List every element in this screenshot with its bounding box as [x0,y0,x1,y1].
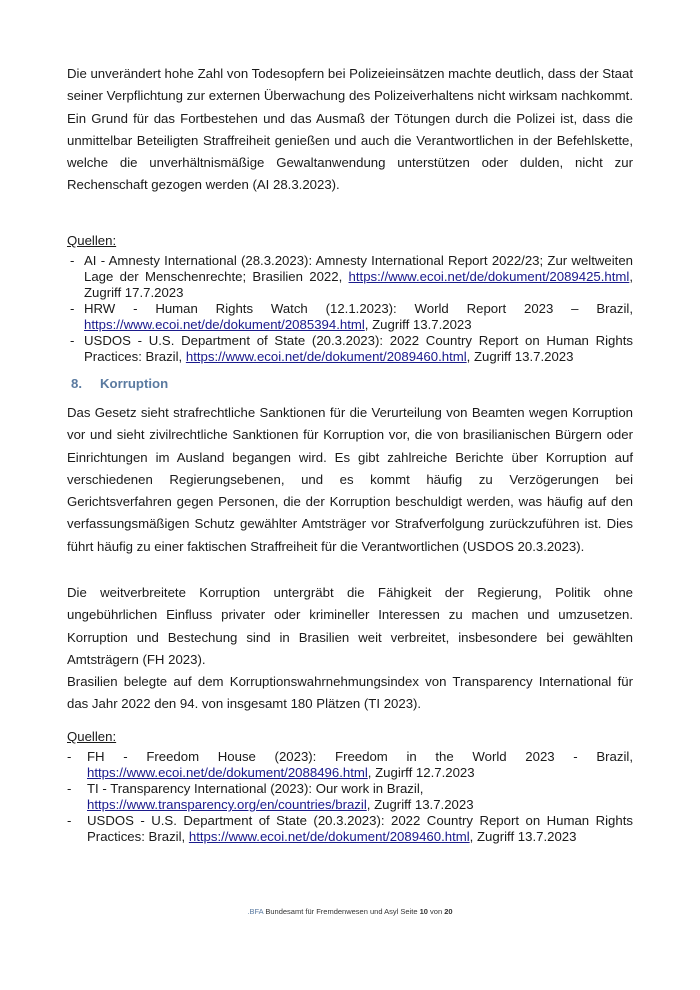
source-link[interactable]: https://www.ecoi.net/de/dokument/2085394… [84,317,365,332]
page-number: 10 [420,907,428,916]
page-footer: .BFA Bundesamt für Fremdenwesen und Asyl… [0,907,700,916]
sources-list: - AI - Amnesty International (28.3.2023)… [67,253,633,365]
list-dash: - [67,781,71,797]
source-link[interactable]: https://www.ecoi.net/de/dokument/2089425… [349,269,630,284]
sources-label: Quellen: [67,729,116,744]
section-number: 8. [67,376,100,391]
list-dash: - [70,253,74,269]
body-paragraph: Das Gesetz sieht strafrechtliche Sanktio… [67,402,633,558]
source-item: - FH - Freedom House (2023): Freedom in … [67,749,633,781]
source-item: - HRW - Human Rights Watch (12.1.2023): … [67,301,633,333]
source-item: - USDOS - U.S. Department of State (20.3… [67,813,633,845]
bfa-logo: .BFA [247,907,263,916]
source-item: - TI - Transparency International (2023)… [67,781,633,813]
list-dash: - [70,301,74,317]
body-paragraph: Die unverändert hohe Zahl von Todesopfer… [67,63,633,197]
source-link[interactable]: https://www.ecoi.net/de/dokument/2089460… [186,349,467,364]
source-item: - USDOS - U.S. Department of State (20.3… [67,333,633,365]
body-paragraph: Die weitverbreitete Korruption untergräb… [67,582,633,671]
body-paragraph: Brasilien belegte auf dem Korruptionswah… [67,671,633,716]
source-link[interactable]: https://www.transparency.org/en/countrie… [87,797,367,812]
sources-label: Quellen: [67,233,116,248]
page-total: 20 [444,907,452,916]
section-heading: 8.Korruption [67,376,168,391]
source-link[interactable]: https://www.ecoi.net/de/dokument/2088496… [87,765,368,780]
list-dash: - [67,749,71,765]
sources-list: - FH - Freedom House (2023): Freedom in … [67,749,633,845]
section-title: Korruption [100,376,168,391]
list-dash: - [70,333,74,349]
source-link[interactable]: https://www.ecoi.net/de/dokument/2089460… [189,829,470,844]
source-item: - AI - Amnesty International (28.3.2023)… [67,253,633,301]
list-dash: - [67,813,71,829]
